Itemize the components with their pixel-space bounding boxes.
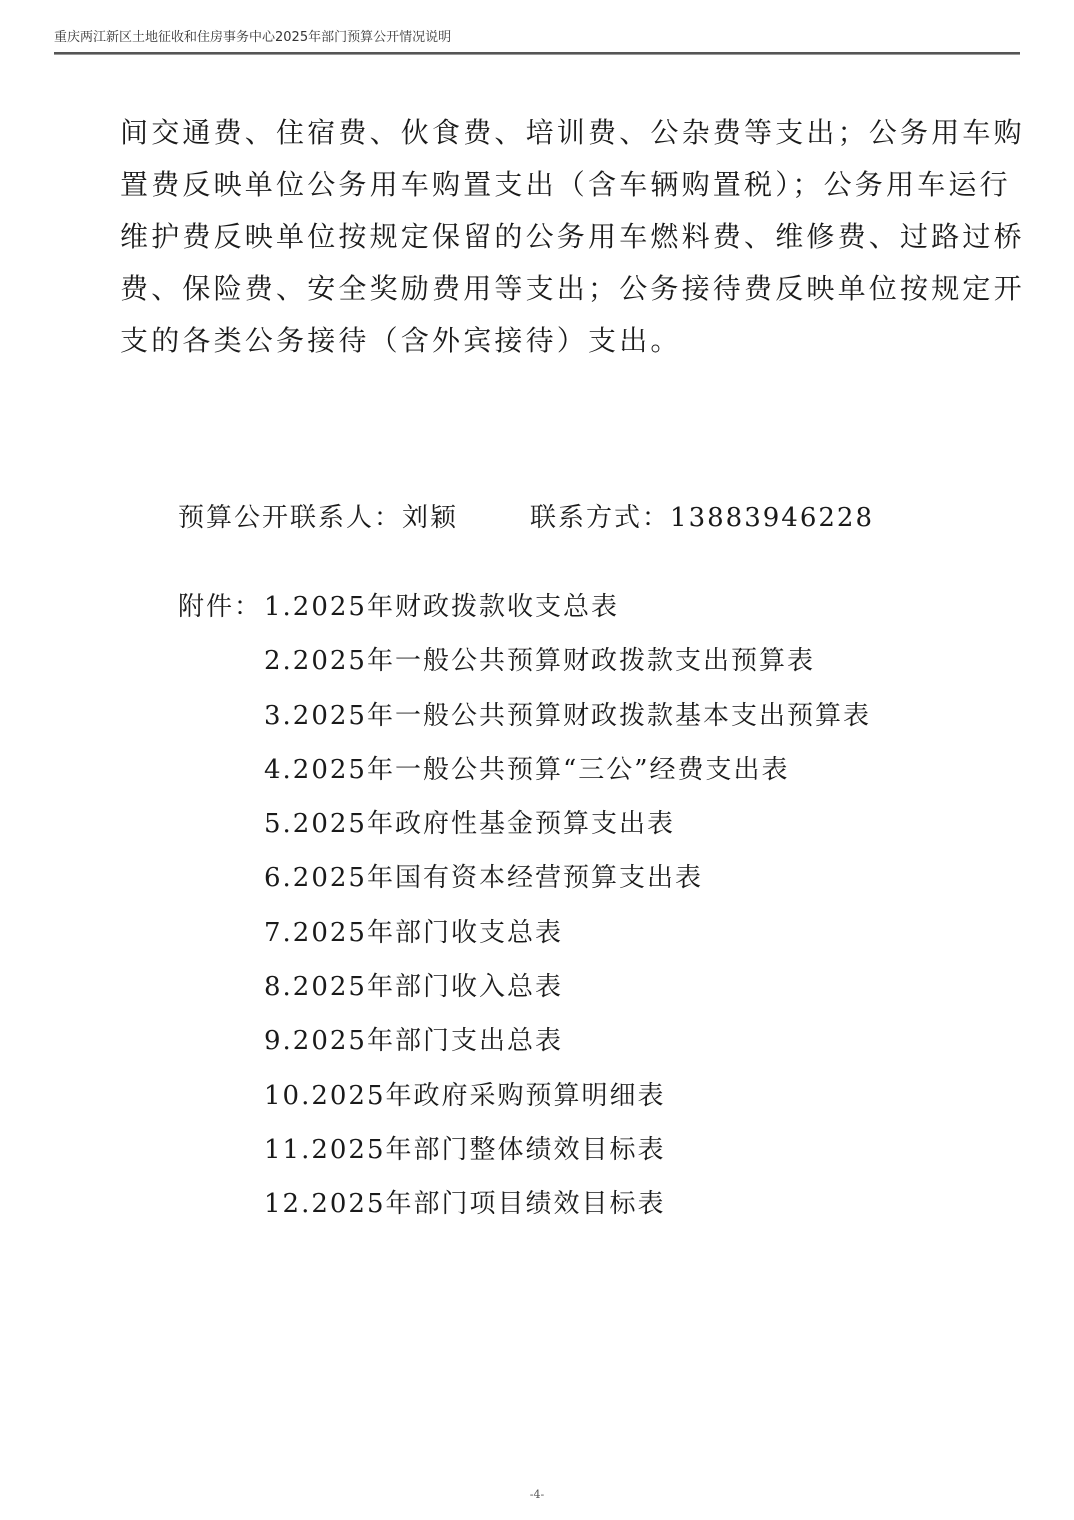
contact-method-label: 联系方式： bbox=[530, 503, 670, 533]
contact-person-label: 预算公开联系人： bbox=[178, 503, 402, 533]
attachment-title: 2.2025年一般公共预算财政拨款支出预算表 bbox=[264, 646, 815, 676]
list-item: 7.2025年部门收支总表 bbox=[178, 913, 871, 967]
list-item: 5.2025年政府性基金预算支出表 bbox=[178, 804, 871, 858]
paragraph-line: 间交通费、住宿费、伙食费、培训费、公杂费等支出；公务用车购 bbox=[120, 116, 1025, 149]
attachment-title: 7.2025年部门收支总表 bbox=[264, 918, 563, 948]
header-divider bbox=[54, 52, 1020, 55]
attachment-title: 1.2025年财政拨款收支总表 bbox=[264, 592, 619, 622]
page-number: -4- bbox=[0, 1488, 1074, 1501]
contact-person-name: 刘颖 bbox=[402, 503, 458, 533]
list-item: 11.2025年部门整体绩效目标表 bbox=[178, 1130, 871, 1184]
document-title: 重庆两江新区土地征收和住房事务中心2025年部门预算公开情况说明 bbox=[54, 30, 1020, 46]
attachment-title: 9.2025年部门支出总表 bbox=[264, 1026, 563, 1056]
list-item: 9.2025年部门支出总表 bbox=[178, 1021, 871, 1075]
attachments-list: 附件：1.2025年财政拨款收支总表 2.2025年一般公共预算财政拨款支出预算… bbox=[178, 587, 871, 1239]
attachment-title: 6.2025年国有资本经营预算支出表 bbox=[264, 863, 703, 893]
attachment-title: 3.2025年一般公共预算财政拨款基本支出预算表 bbox=[264, 701, 871, 731]
attachments-label: 附件： bbox=[178, 587, 264, 627]
attachment-title: 5.2025年政府性基金预算支出表 bbox=[264, 809, 675, 839]
contact-info: 预算公开联系人：刘颖联系方式：13883946228 bbox=[178, 498, 874, 538]
attachment-title: 4.2025年一般公共预算“三公”经费支出表 bbox=[264, 755, 790, 785]
attachment-title: 8.2025年部门收入总表 bbox=[264, 972, 563, 1002]
list-item: 附件：1.2025年财政拨款收支总表 bbox=[178, 587, 871, 641]
list-item: 12.2025年部门项目绩效目标表 bbox=[178, 1184, 871, 1238]
list-item: 3.2025年一般公共预算财政拨款基本支出预算表 bbox=[178, 696, 871, 750]
paragraph-line: 支的各类公务接待（含外宾接待）支出。 bbox=[120, 324, 682, 357]
list-item: 10.2025年政府采购预算明细表 bbox=[178, 1076, 871, 1130]
attachment-title: 10.2025年政府采购预算明细表 bbox=[264, 1081, 666, 1111]
contact-phone: 13883946228 bbox=[670, 503, 874, 533]
list-item: 4.2025年一般公共预算“三公”经费支出表 bbox=[178, 750, 871, 804]
paragraph-line: 费、保险费、安全奖励费用等支出；公务接待费反映单位按规定开 bbox=[120, 272, 1025, 305]
list-item: 6.2025年国有资本经营预算支出表 bbox=[178, 858, 871, 912]
attachment-title: 11.2025年部门整体绩效目标表 bbox=[264, 1135, 666, 1165]
body-paragraph: 间交通费、住宿费、伙食费、培训费、公杂费等支出；公务用车购 置费反映单位公务用车… bbox=[120, 107, 960, 367]
page-header: 重庆两江新区土地征收和住房事务中心2025年部门预算公开情况说明 bbox=[54, 30, 1020, 55]
list-item: 2.2025年一般公共预算财政拨款支出预算表 bbox=[178, 641, 871, 695]
paragraph-line: 置费反映单位公务用车购置支出（含车辆购置税）；公务用车运行 bbox=[120, 168, 1011, 201]
attachment-title: 12.2025年部门项目绩效目标表 bbox=[264, 1189, 666, 1219]
list-item: 8.2025年部门收入总表 bbox=[178, 967, 871, 1021]
paragraph-line: 维护费反映单位按规定保留的公务用车燃料费、维修费、过路过桥 bbox=[120, 220, 1025, 253]
